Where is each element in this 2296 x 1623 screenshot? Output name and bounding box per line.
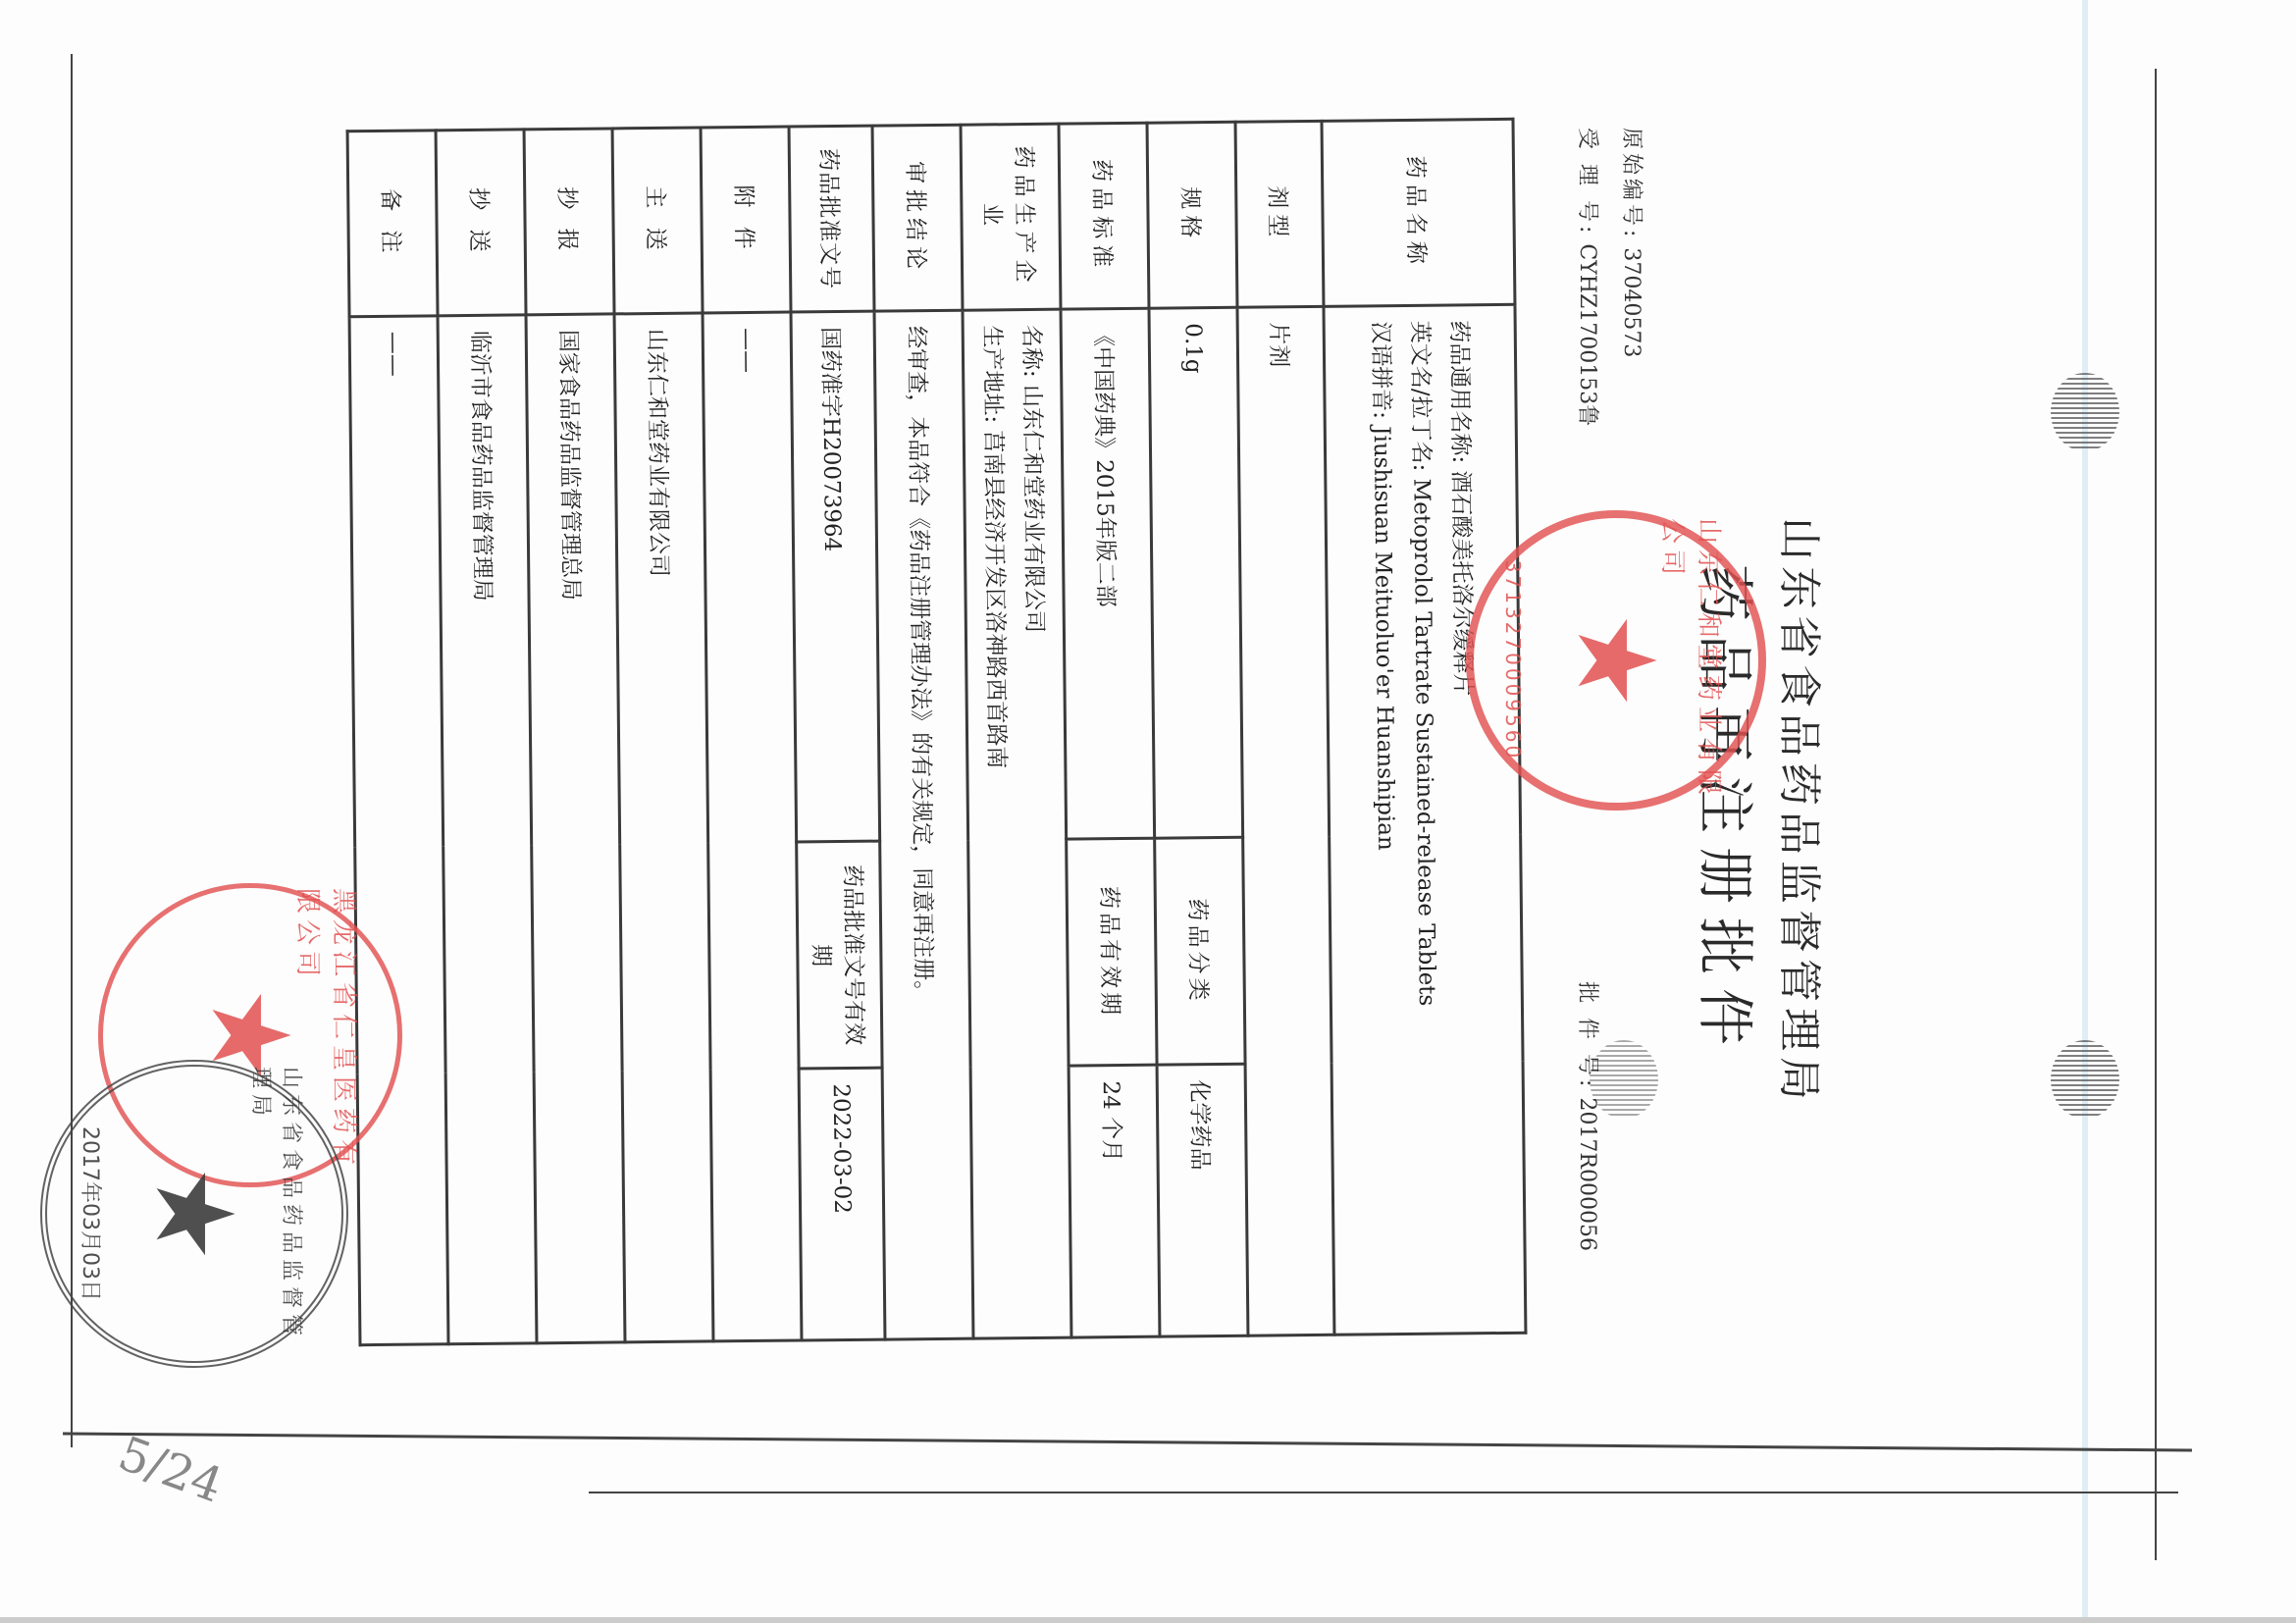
approval-number-label: 药品批准文号	[789, 126, 874, 312]
cc-value: 临沂市食品药品监督管理局	[438, 315, 537, 1344]
report-copy-value: 国家食品药品监督管理总局	[526, 314, 625, 1343]
approval-expiry-value: 2022-03-02	[799, 1068, 885, 1340]
original-number: 原始编号: 37040573	[1618, 128, 1648, 357]
company-seal: 山东仁和堂药业有限公司 ★ 3713270009560	[1466, 510, 1766, 811]
acceptance-number-label: 受 理 号:	[1575, 128, 1599, 236]
table-row: 药品批准文号 国药准字H20073964 药品批准文号有效期 2022-03-0…	[789, 126, 885, 1340]
standard-label: 药品标准	[1059, 123, 1149, 309]
table-row: 抄 报 国家食品药品监督管理总局	[524, 129, 625, 1343]
company-seal-code: 3713270009560	[1501, 560, 1525, 760]
approval-form-table: 药品名称 药品通用名称: 酒石酸美托洛尔缓释片 英文名/拉丁名: Metopro…	[346, 118, 1528, 1346]
approval-number-label: 批 件 号:	[1575, 981, 1599, 1090]
approval-number-value: 国药准字H20073964	[791, 311, 880, 842]
conclusion-value: 经审查，本品符合《药品注册管理办法》的有关规定，同意再注册。	[874, 310, 973, 1339]
validity-label: 药品有效期	[1067, 839, 1157, 1067]
star-icon: ★	[140, 1166, 248, 1263]
manufacturer-label: 药品生产企业	[961, 124, 1061, 310]
specification-label: 规格	[1147, 122, 1237, 308]
dosage-form-label: 剂型	[1235, 121, 1324, 307]
attachment-label: 附 件	[701, 127, 791, 313]
agency-seal-text: 山东省食品药品监督管理局	[247, 1067, 308, 1361]
approval-document: 山东省食品药品监督管理局 药品再注册批件 原始编号: 37040573 受 理 …	[0, 0, 2296, 1623]
table-row: 药品生产企业 名称: 山东仁和堂药业有限公司 生产地址: 莒南县经济开发区洛神路…	[961, 124, 1071, 1338]
drug-name-cell: 药品通用名称: 酒石酸美托洛尔缓释片 英文名/拉丁名: Metoprolol T…	[1324, 304, 1526, 1335]
drug-name-label: 药品名称	[1322, 119, 1515, 306]
acceptance-number-value: CYHZ1700153鲁	[1575, 243, 1599, 426]
approval-expiry-label: 药品批准文号有效期	[797, 841, 882, 1069]
document-title: 药品再注册批件	[1689, 0, 1771, 1623]
star-icon: ★	[1562, 612, 1670, 709]
table-row: 主 送 山东仁和堂药业有限公司	[612, 128, 713, 1342]
table-row: 剂型 片剂	[1235, 121, 1334, 1335]
scan-blot	[2051, 1040, 2119, 1119]
table-row: 审批结论 经审查，本品符合《药品注册管理办法》的有关规定，同意再注册。	[872, 125, 973, 1339]
manufacturer-cell: 名称: 山东仁和堂药业有限公司 生产地址: 莒南县经济开发区洛神路西首路南	[963, 309, 1071, 1338]
category-label: 药品分类	[1155, 838, 1245, 1066]
table-row: 附 件 ——	[701, 127, 802, 1341]
table-row: 抄 送 临沂市食品药品监督管理局	[436, 130, 537, 1344]
specification-value: 0.1g	[1149, 307, 1243, 838]
standard-value: 《中国药典》2015年版二部	[1061, 308, 1155, 839]
conclusion-label: 审批结论	[872, 125, 963, 311]
original-number-value: 37040573	[1619, 247, 1644, 357]
cc-label: 抄 送	[436, 130, 526, 316]
category-value: 化学药品	[1157, 1065, 1248, 1337]
remarks-value: ——	[349, 316, 448, 1345]
scan-blot	[2051, 373, 2119, 451]
issuing-agency: 山东省食品药品监督管理局	[1772, 0, 1835, 1623]
agency-seal: 山东省食品药品监督管理局 ★ 2017年03月03日	[40, 1060, 348, 1368]
approval-number: 批 件 号: 2017R000056	[1574, 981, 1604, 1251]
original-number-label: 原始编号:	[1619, 128, 1644, 240]
dosage-form-value: 片剂	[1237, 306, 1334, 1335]
approval-number-value: 2017R000056	[1575, 1097, 1599, 1251]
remarks-label: 备 注	[347, 131, 438, 317]
report-copy-label: 抄 报	[524, 129, 614, 315]
table-row: 规格 0.1g 药品分类 化学药品	[1147, 122, 1248, 1336]
acceptance-number: 受 理 号: CYHZ1700153鲁	[1574, 128, 1604, 426]
company-seal-text: 山东仁和堂药业有限公司	[1656, 518, 1729, 803]
main-recipient-label: 主 送	[612, 128, 703, 314]
table-row: 药品标准 《中国药典》2015年版二部 药品有效期 24 个月	[1059, 123, 1160, 1337]
main-recipient-value: 山东仁和堂药业有限公司	[614, 313, 713, 1342]
attachment-value: ——	[703, 312, 802, 1341]
agency-seal-date: 2017年03月03日	[77, 1126, 107, 1301]
validity-value: 24 个月	[1069, 1065, 1160, 1337]
